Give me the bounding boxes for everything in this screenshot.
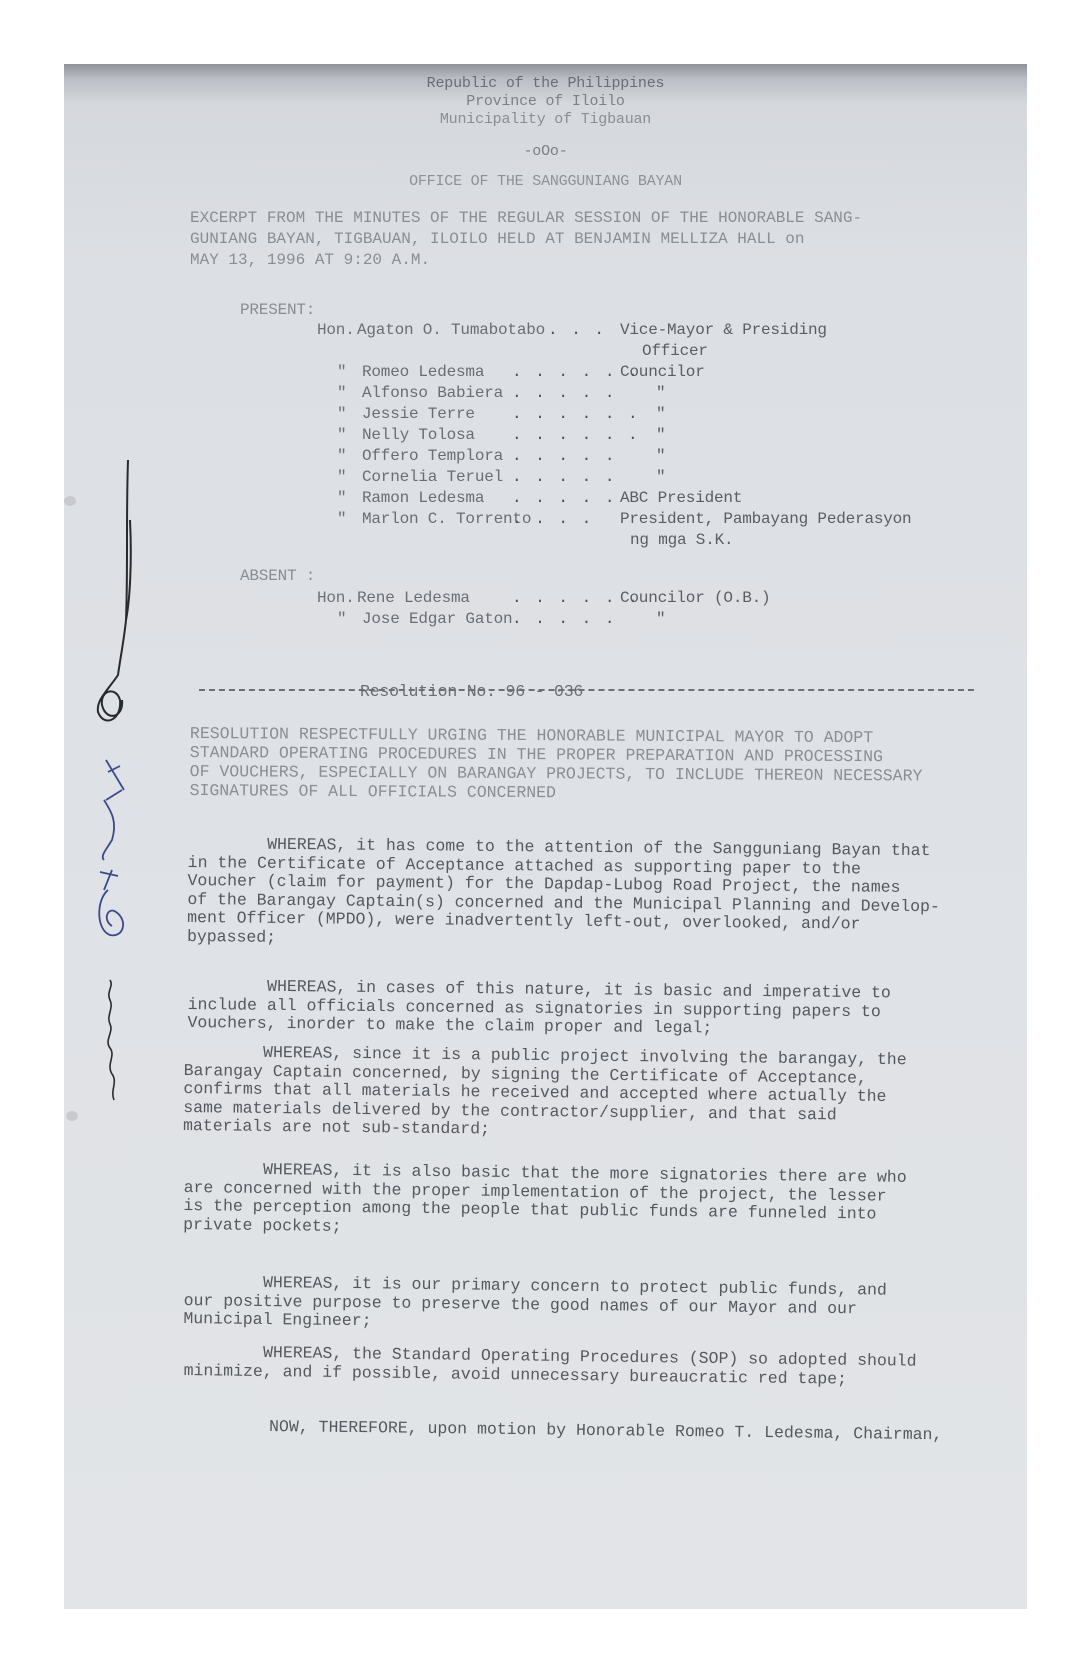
signature-blue-icon <box>99 760 124 935</box>
signature-black-icon <box>98 460 131 721</box>
margin-signatures <box>0 0 1088 1664</box>
withdrawn-note-icon <box>108 980 114 1100</box>
